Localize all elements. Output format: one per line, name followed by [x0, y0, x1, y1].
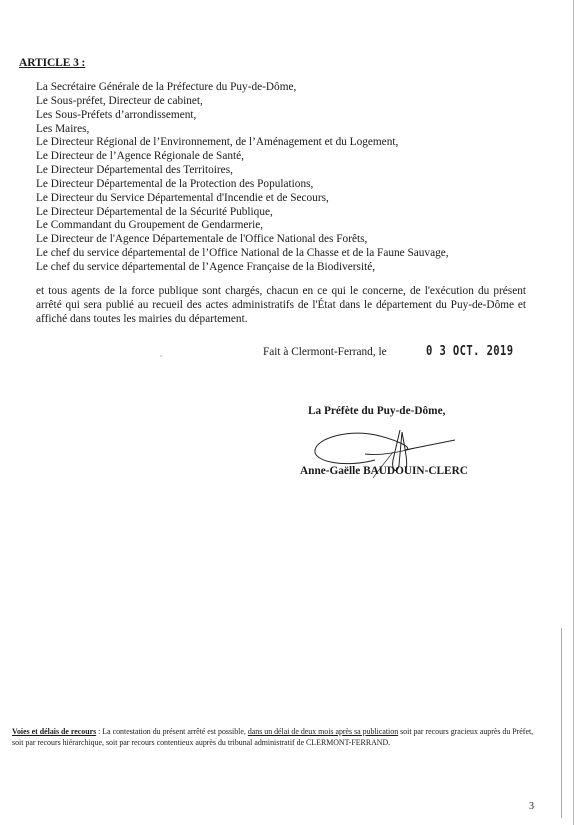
- addressee-line: Le Directeur de l'Agence Départementale …: [36, 233, 449, 247]
- scan-edge-line-inner: [561, 628, 562, 818]
- addressee-line: Le chef du service départemental de l’Of…: [36, 247, 449, 261]
- date-stamp: 0 3 OCT. 2019: [426, 343, 513, 359]
- closing-paragraph: et tous agents de la force publique sont…: [36, 285, 526, 327]
- scan-edge-line: [573, 0, 574, 825]
- document-page: ARTICLE 3 : La Secrétaire Générale de la…: [0, 0, 583, 825]
- appeal-notice-text: La contestation du présent arrêté est po…: [102, 727, 248, 736]
- closing-line: arrêté qui sera publié au recueil des ac…: [36, 299, 526, 327]
- addressee-line: Le Directeur du Service Départemental d'…: [36, 192, 449, 206]
- addressee-line: Le Directeur de l’Agence Régionale de Sa…: [36, 150, 449, 164]
- appeal-deadline: dans un délai de deux mois après sa publ…: [248, 727, 398, 736]
- appeal-notice: Voies et délais de recours : La contesta…: [12, 726, 542, 748]
- addressee-line: Le Commandant du Groupement de Gendarmer…: [36, 219, 449, 233]
- place-date-text: Fait à Clermont-Ferrand, le: [263, 346, 387, 358]
- appeal-notice-label: Voies et délais de recours: [12, 727, 96, 736]
- addressee-line: Le Directeur Départemental de la Sécurit…: [36, 206, 449, 220]
- closing-line: et tous agents de la force publique sont…: [36, 285, 526, 299]
- addressee-line: Le Directeur Départemental des Territoir…: [36, 164, 449, 178]
- addressee-line: Le Sous-préfet, Directeur de cabinet,: [36, 95, 449, 109]
- article-heading: ARTICLE 3 :: [19, 57, 85, 69]
- signatory-name: Anne-Gaëlle BAUDOUIN-CLERC: [300, 465, 468, 477]
- addressee-line: Les Maires,: [36, 123, 449, 137]
- page-number: 3: [529, 801, 534, 812]
- signatory-title: La Préfète du Puy-de-Dôme,: [308, 405, 445, 417]
- addressee-line: La Secrétaire Générale de la Préfecture …: [36, 81, 449, 95]
- addressee-line: Le chef du service départemental de l’Ag…: [36, 261, 449, 275]
- addressee-list: La Secrétaire Générale de la Préfecture …: [36, 81, 449, 275]
- addressee-line: Les Sous-Préfets d’arrondissement,: [36, 109, 449, 123]
- scan-speck: [160, 355, 162, 357]
- signature-icon: [305, 420, 465, 490]
- addressee-line: Le Directeur Régional de l’Environnement…: [36, 136, 449, 150]
- addressee-line: Le Directeur Départemental de la Protect…: [36, 178, 449, 192]
